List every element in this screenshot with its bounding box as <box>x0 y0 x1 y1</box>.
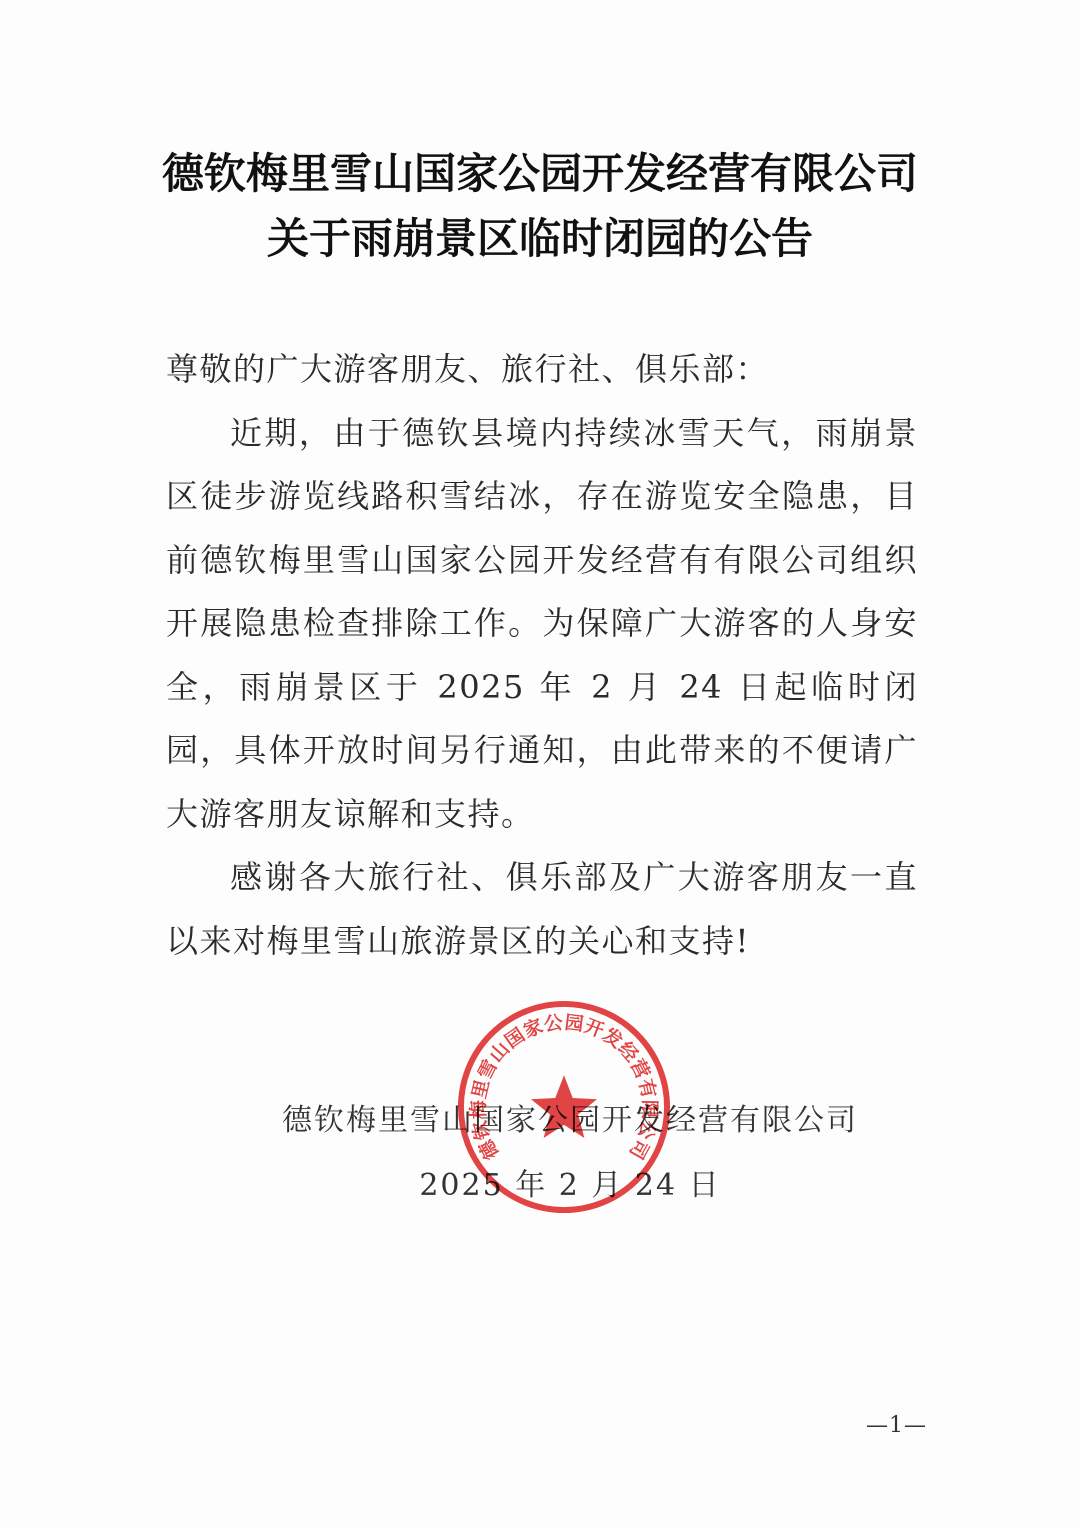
document-title-line1: 德钦梅里雪山国家公园开发经营有限公司 <box>0 141 1080 201</box>
official-seal-icon: 德钦梅里雪山国家公园开发经营有限公司 <box>455 998 673 1216</box>
page-number: —1— <box>866 1413 927 1438</box>
salutation: 尊敬的广大游客朋友、旅行社、俱乐部： <box>166 338 918 402</box>
document-body: 尊敬的广大游客朋友、旅行社、俱乐部： 近期，由于德钦县境内持续冰雪天气，雨崩景区… <box>166 338 918 973</box>
paragraph-notice: 近期，由于德钦县境内持续冰雪天气，雨崩景区徒步游览线路积雪结冰，存在游览安全隐患… <box>166 402 918 847</box>
document-page: 德钦梅里雪山国家公园开发经营有限公司 关于雨崩景区临时闭园的公告 尊敬的广大游客… <box>0 0 1080 1527</box>
paragraph-thanks: 感谢各大旅行社、俱乐部及广大游客朋友一直以来对梅里雪山旅游景区的关心和支持! <box>166 846 918 973</box>
document-title-line2: 关于雨崩景区临时闭园的公告 <box>0 206 1080 266</box>
